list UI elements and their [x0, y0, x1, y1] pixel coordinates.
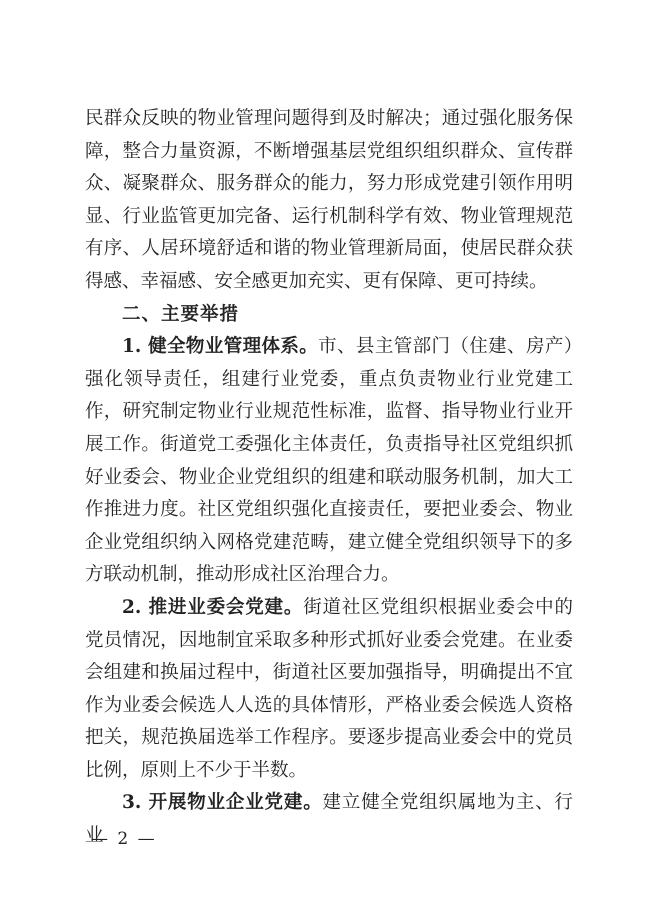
page-number: — 2 —: [91, 828, 157, 850]
item-2-text: 街道社区党组织根据业委会中的党员情况，因地制宜采取多种形式抓好业委会党建。在业委…: [85, 597, 573, 781]
item-1-text: 市、县主管部门（住建、房产）强化领导责任，组建行业党委，重点负责物业行业党建工作…: [85, 336, 573, 585]
numbered-item-1: 1. 健全物业管理体系。市、县主管部门（住建、房产）强化领导责任，组建行业党委，…: [85, 331, 573, 592]
item-2-lead: 2. 推进业委会党建。: [122, 597, 303, 618]
item-3-lead: 3. 开展物业企业党建。: [122, 792, 323, 813]
section-heading: 二、主要举措: [85, 299, 573, 332]
document-body: 民群众反映的物业管理问题得到及时解决；通过强化服务保障，整合力量资源，不断增强基…: [85, 103, 573, 853]
numbered-item-3: 3. 开展物业企业党建。建立健全党组织属地为主、行业: [85, 787, 573, 852]
item-1-lead: 1. 健全物业管理体系。: [122, 336, 318, 357]
numbered-item-2: 2. 推进业委会党建。街道社区党组织根据业委会中的党员情况，因地制宜采取多种形式…: [85, 592, 573, 788]
document-page: 民群众反映的物业管理问题得到及时解决；通过强化服务保障，整合力量资源，不断增强基…: [0, 0, 650, 919]
paragraph-continuation: 民群众反映的物业管理问题得到及时解决；通过强化服务保障，整合力量资源，不断增强基…: [85, 103, 573, 299]
